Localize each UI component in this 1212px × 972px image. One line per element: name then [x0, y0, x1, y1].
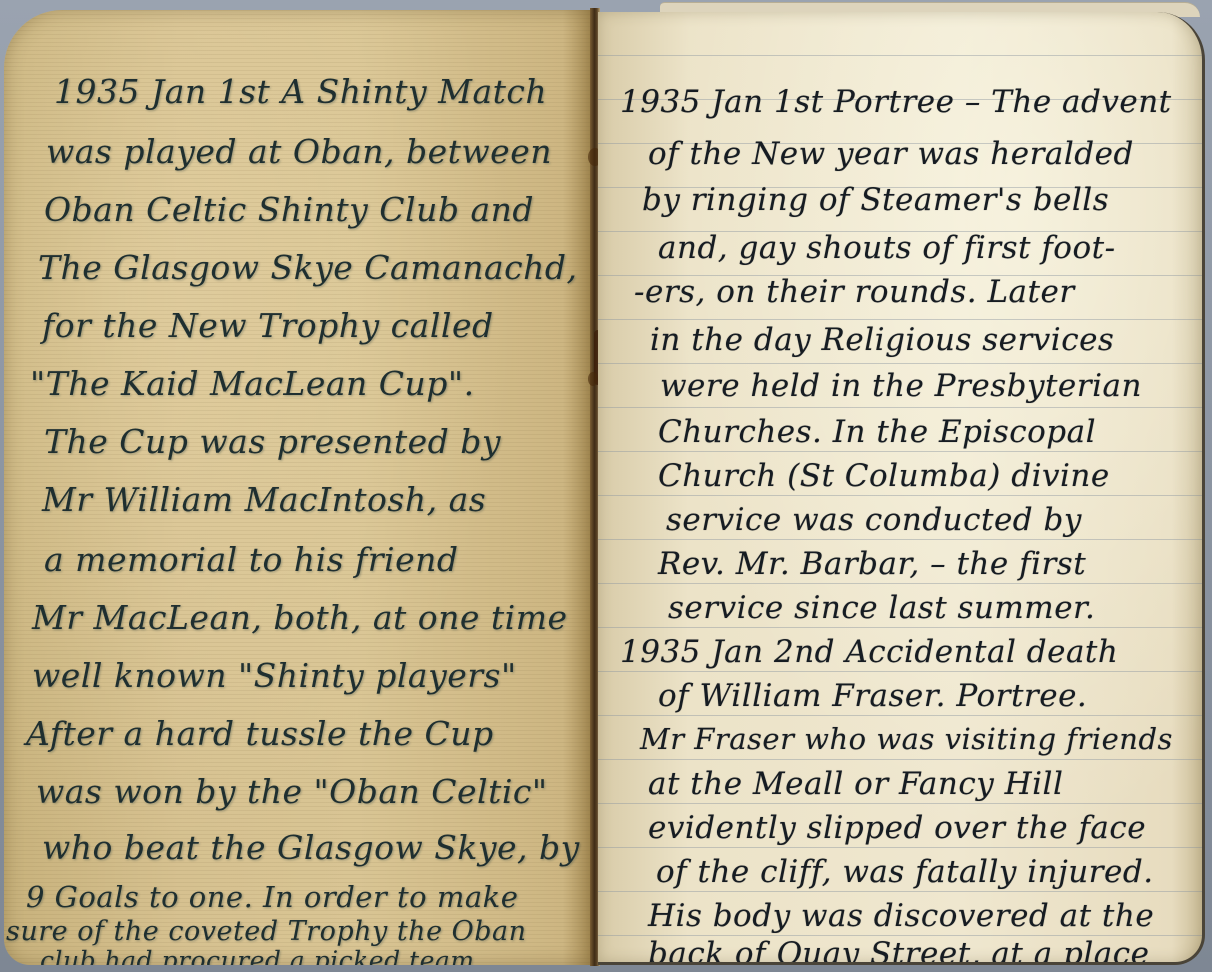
binding-stain — [588, 372, 598, 386]
diary-line: of the cliff, was fatally injured. — [656, 854, 1154, 890]
diary-line: a memorial to his friend — [44, 540, 459, 579]
diary-line: were held in the Presbyterian — [660, 368, 1142, 404]
diary-line: Church (St Columba) divine — [658, 458, 1110, 494]
diary-line: Rev. Mr. Barbar, – the first — [658, 546, 1086, 582]
diary-line: of the New year was heralded — [648, 136, 1134, 172]
diary-line: for the New Trophy called — [42, 306, 494, 345]
diary-line: Oban Celtic Shinty Club and — [44, 190, 534, 229]
diary-line: 1935 Jan 1st Portree – The advent — [620, 84, 1172, 120]
diary-line: Mr Fraser who was visiting friends — [640, 722, 1173, 756]
diary-line: service since last summer. — [668, 590, 1095, 626]
left-diary-page: 1935 Jan 1st A Shinty Match was played a… — [4, 10, 592, 965]
diary-line: "The Kaid MacLean Cup". — [30, 364, 475, 403]
diary-line: The Glasgow Skye Camanachd, — [38, 248, 577, 287]
diary-line: Churches. In the Episcopal — [658, 414, 1096, 450]
diary-line: After a hard tussle the Cup — [26, 714, 494, 753]
diary-line: back of Quay Street, at a place — [648, 936, 1150, 965]
diary-line: Mr MacLean, both, at one time — [32, 598, 568, 637]
diary-line: at the Meall or Fancy Hill — [648, 766, 1063, 802]
diary-line: of William Fraser. Portree. — [658, 678, 1087, 714]
diary-line: and, gay shouts of first foot- — [658, 230, 1116, 266]
diary-line: evidently slipped over the face — [648, 810, 1146, 846]
diary-line: 9 Goals to one. In order to make — [26, 880, 518, 914]
diary-line: 1935 Jan 1st A Shinty Match — [54, 72, 547, 111]
diary-line: service was conducted by — [666, 502, 1082, 538]
diary-line: in the day Religious services — [650, 322, 1114, 358]
diary-line: was played at Oban, between — [46, 132, 552, 171]
diary-line: well known "Shinty players" — [32, 656, 517, 695]
diary-line: Mr William MacIntosh, as — [42, 480, 486, 519]
diary-line: -ers, on their rounds. Later — [634, 274, 1075, 310]
right-page-text: 1935 Jan 1st Portree – The advent of the… — [598, 12, 1202, 962]
diary-line: The Cup was presented by — [44, 422, 501, 461]
diary-line: sure of the coveted Trophy the Oban — [6, 916, 527, 947]
diary-line: club had procured a picked team — [40, 946, 475, 965]
right-diary-page: 1935 Jan 1st Portree – The advent of the… — [598, 12, 1205, 965]
left-page-text: 1935 Jan 1st A Shinty Match was played a… — [4, 10, 592, 965]
diary-line: who beat the Glasgow Skye, by — [42, 828, 580, 867]
diary-line: by ringing of Steamer's bells — [642, 182, 1109, 218]
diary-line: 1935 Jan 2nd Accidental death — [620, 634, 1118, 670]
diary-line: His body was discovered at the — [648, 898, 1154, 934]
diary-line: was won by the "Oban Celtic" — [36, 772, 548, 811]
